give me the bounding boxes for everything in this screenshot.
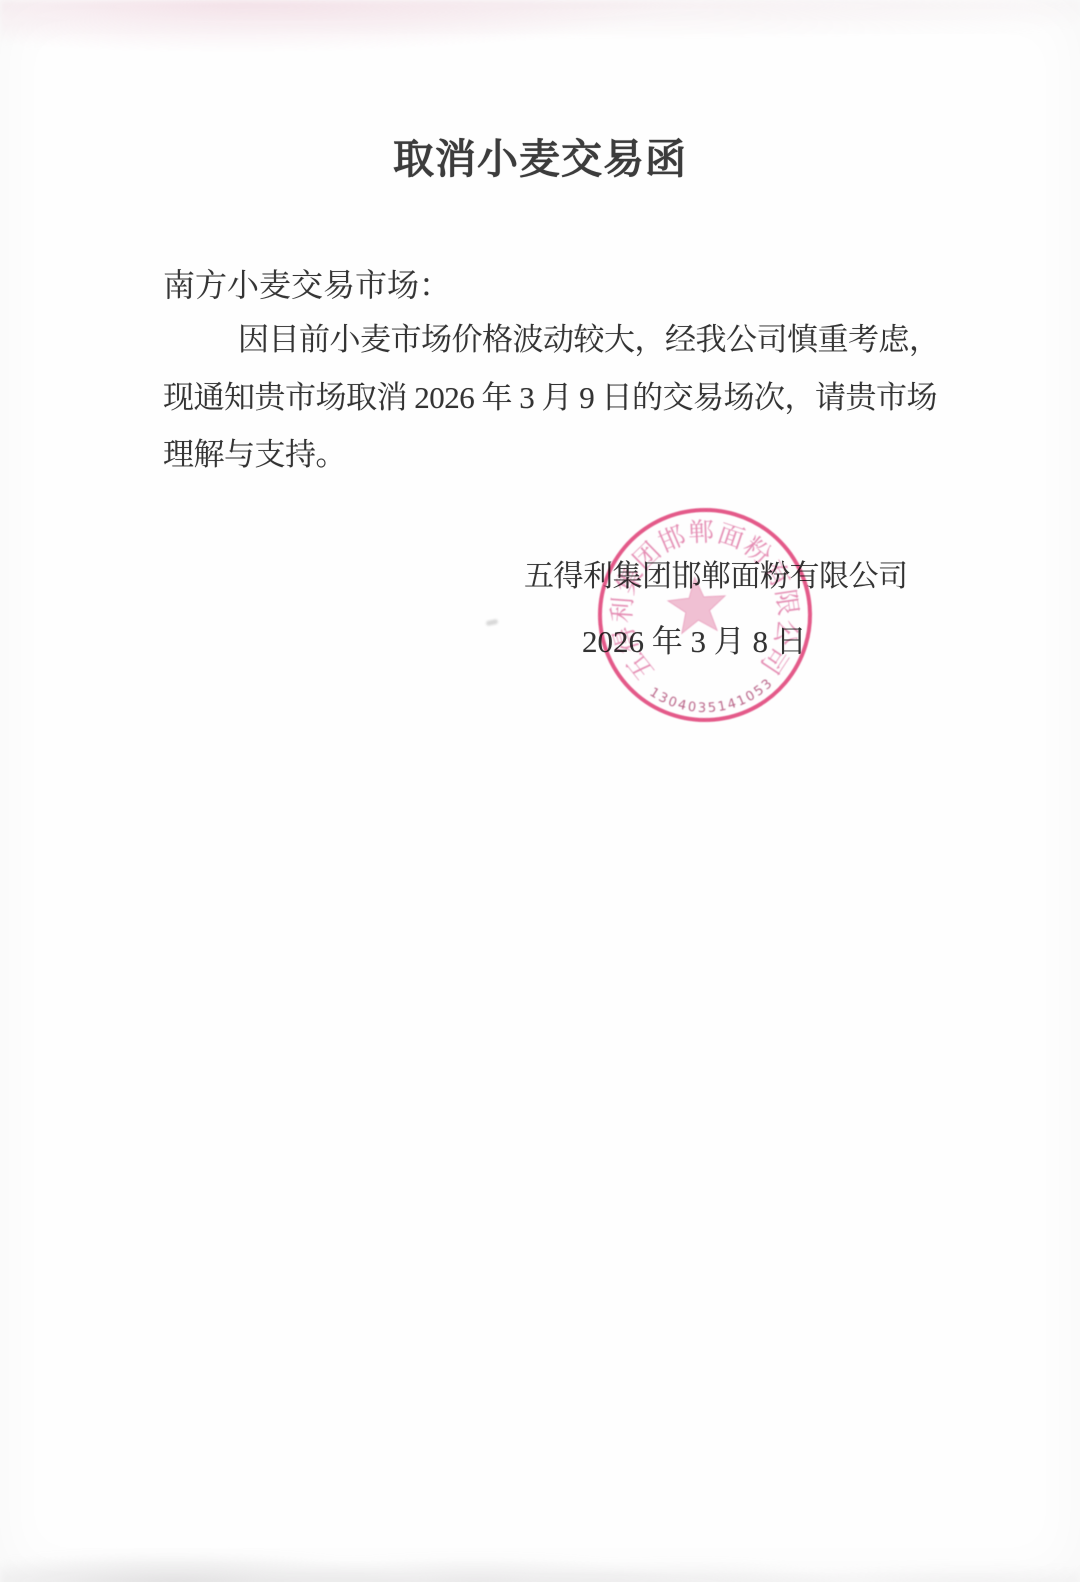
company-seal-stamp: 五得利集团邯郸面粉有限公司 1304035141053 (564, 474, 846, 756)
seal-serial-textpath: 1304035141053 (646, 674, 779, 721)
scan-shadow-bottom (0, 1518, 1080, 1582)
letter-date: 2026 年 3 月 8 日 (582, 616, 807, 661)
seal-ring (591, 501, 819, 729)
body-line-2: 现通知贵市场取消 2026 年 3 月 9 日的交易场次，请贵市场 (163, 369, 929, 427)
scan-artifact-mark (486, 619, 499, 626)
letter-page: 取消小麦交易函 南方小麦交易市场： 因目前小麦市场价格波动较大，经我公司慎重考虑… (0, 0, 1080, 1582)
company-signature: 五得利集团邯郸面粉有限公司 (524, 551, 908, 595)
seal-company-textpath: 五得利集团邯郸面粉有限公司 (599, 509, 809, 694)
body-line-1: 因目前小麦市场价格波动较大，经我公司慎重考虑， (163, 311, 929, 369)
seal-company-arc-text: 五得利集团邯郸面粉有限公司 (599, 509, 809, 694)
letter-body: 因目前小麦市场价格波动较大，经我公司慎重考虑， 现通知贵市场取消 2026 年 … (163, 311, 929, 484)
scan-shadow-top (0, 0, 1080, 110)
letter-title: 取消小麦交易函 (0, 126, 1080, 185)
body-line-3: 理解与支持。 (163, 426, 929, 484)
seal-serial-arc-text: 1304035141053 (646, 674, 779, 721)
addressee-line: 南方小麦交易市场： (163, 260, 451, 306)
